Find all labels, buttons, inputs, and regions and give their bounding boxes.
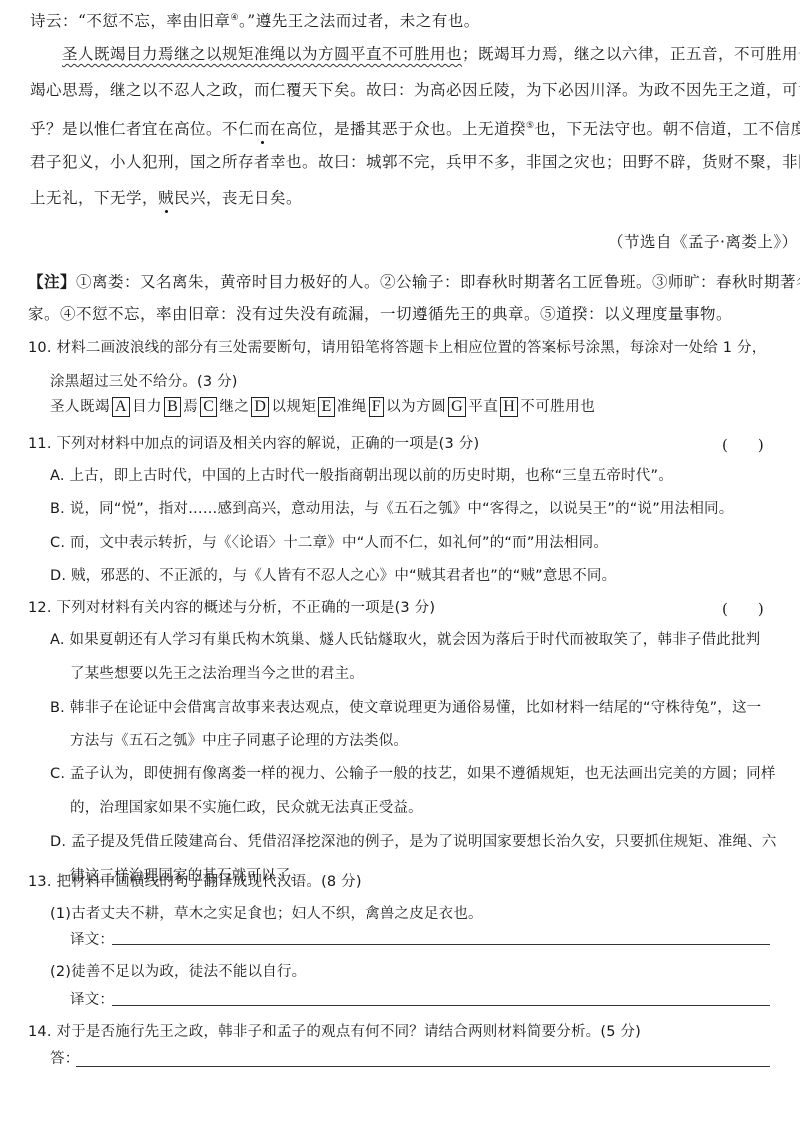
q12-option-a-line-1: A. 如果夏朝还有人学习有巢氏构木筑巢、燧人氏钻燧取火，就会因为落后于时代而被取… — [50, 630, 760, 650]
notes-line-2: 家。④不愆不忘，率由旧章：没有过失没有疏漏，一切遵循先王的典章。⑤道揆：以义理度… — [28, 304, 732, 324]
passage-line-1: 圣人既竭目力焉继之以规矩准绳以为方圆平直不可胜用也；既竭耳力焉，继之以六律，正五… — [62, 44, 800, 64]
footnote-marker-5: ⑤ — [526, 121, 535, 131]
q12-option-a-line-2: 了某些想要以先王之法治理当今之世的君主。 — [70, 664, 364, 684]
q13-sentence-1: (1)古者丈夫不耕，草木之实足食也；妇人不织，禽兽之皮足衣也。 — [50, 904, 483, 924]
q12-option-b-line-1: B. 韩非子在论证中会借寓言故事来表达观点，使文章说理更为通俗易懂，比如材料一结… — [50, 698, 761, 718]
break-option-h[interactable]: H — [500, 397, 518, 417]
q13-stem: 13. 把材料中画横线的句子翻译成现代汉语。(8 分) — [28, 872, 362, 892]
q10-stem-line-1: 10. 材料二画波浪线的部分有三处需要断句，请用铅笔将答题卡上相应位置的答案标号… — [28, 338, 766, 358]
break-option-b[interactable]: B — [164, 397, 181, 417]
break-option-e[interactable]: E — [318, 397, 334, 417]
passage-line-4: 君子犯义，小人犯刑，国之所存者幸也。故曰：城郭不完，兵甲不多，非国之灾也；田野不… — [30, 152, 800, 172]
passage-line-5: 上无礼，下无学，贼民兴，丧无日矣。 — [30, 188, 302, 208]
passage-line-3: 乎？是以惟仁者宜在高位。不仁而在高位，是播其恶于众也。上无道揆⑤也，下无法守也。… — [30, 116, 800, 139]
q13-translation-label-2: 译文： — [70, 990, 114, 1010]
break-option-f[interactable]: F — [369, 397, 384, 417]
q13-translation-label-1: 译文： — [70, 930, 114, 950]
q10-segmentation-sentence: 圣人既竭A目力B焉C继之D以规矩E准绳F以为方圆G平直H不可胜用也 — [50, 397, 595, 417]
break-option-a[interactable]: A — [112, 397, 130, 417]
q11-stem: 11. 下列对材料中加点的词语及相关内容的解说，正确的一项是(3 分) — [28, 434, 479, 454]
q14-answer-label: 答： — [50, 1049, 79, 1069]
footnote-marker-4: ④ — [230, 13, 239, 23]
break-option-c[interactable]: C — [200, 397, 217, 417]
q12-option-d-line-1: D. 孟子提及凭借丘陵建高台、凭借沼泽挖深池的例子，是为了说明国家要想长治久安，… — [50, 832, 777, 852]
q12-answer-paren[interactable]: ( ) — [722, 598, 764, 619]
q13-translation-input-1[interactable] — [112, 944, 770, 945]
q11-option-c: C. 而，文中表示转折，与《〈论语〉十二章》中“人而不仁，如礼何”的“而”用法相… — [50, 533, 608, 553]
passage-source: （节选自《孟子·离娄上》） — [608, 232, 798, 252]
q14-answer-input[interactable] — [76, 1066, 770, 1067]
q12-option-c-line-1: C. 孟子认为，即使拥有像离娄一样的视力、公输子一般的技艺，如果不遵循规矩，也无… — [50, 764, 776, 784]
wavy-underlined-sentence: 圣人既竭目力焉继之以规矩准绳以为方圆平直不可胜用也 — [62, 45, 462, 63]
break-option-d[interactable]: D — [251, 397, 269, 417]
q13-translation-input-2[interactable] — [112, 1005, 770, 1006]
q14-stem: 14. 对于是否施行先王之政，韩非子和孟子的观点有何不同？请结合两则材料简要分析… — [28, 1022, 641, 1042]
q11-option-b: B. 说，同“悦”，指对……感到高兴，意动用法，与《五石之瓠》中“客得之，以说吴… — [50, 499, 733, 519]
break-option-g[interactable]: G — [448, 397, 466, 417]
q12-option-c-line-2: 的，治理国家如果不实施仁政，民众就无法真正受益。 — [70, 798, 423, 818]
emphasis-dot-word-er: 而 — [254, 120, 270, 138]
q13-sentence-2: (2)徒善不足以为政，徒法不能以自行。 — [50, 962, 306, 982]
passage-line-2: 竭心思焉，继之以不忍人之政，而仁覆天下矣。故曰：为高必因丘陵，为下必因川泽。为政… — [30, 80, 800, 100]
q12-option-b-line-2: 方法与《五石之瓠》中庄子同惠子论理的方法类似。 — [70, 731, 408, 751]
q11-answer-paren[interactable]: ( ) — [722, 434, 764, 455]
passage-line-0: 诗云：“不愆不忘，率由旧章④。”遵先王之法而过者，未之有也。 — [30, 8, 480, 31]
q11-option-a: A. 上古，即上古时代，中国的上古时代一般指商朝出现以前的历史时期，也称“三皇五… — [50, 466, 673, 486]
notes-line-1: 【注】①离娄：又名离朱，黄帝时目力极好的人。②公输子：即春秋时期著名工匠鲁班。③… — [28, 272, 800, 292]
q10-stem-line-2: 涂黑超过三处不给分。(3 分) — [50, 372, 238, 392]
emphasis-dot-word-zei: 贼 — [158, 189, 174, 207]
q11-option-d: D. 贼，邪恶的、不正派的，与《人皆有不忍人之心》中“贼其君者也”的“贼”意思不… — [50, 566, 616, 586]
notes-label: 【注】 — [28, 272, 76, 291]
q12-stem: 12. 下列对材料有关内容的概述与分析，不正确的一项是(3 分) — [28, 598, 435, 618]
